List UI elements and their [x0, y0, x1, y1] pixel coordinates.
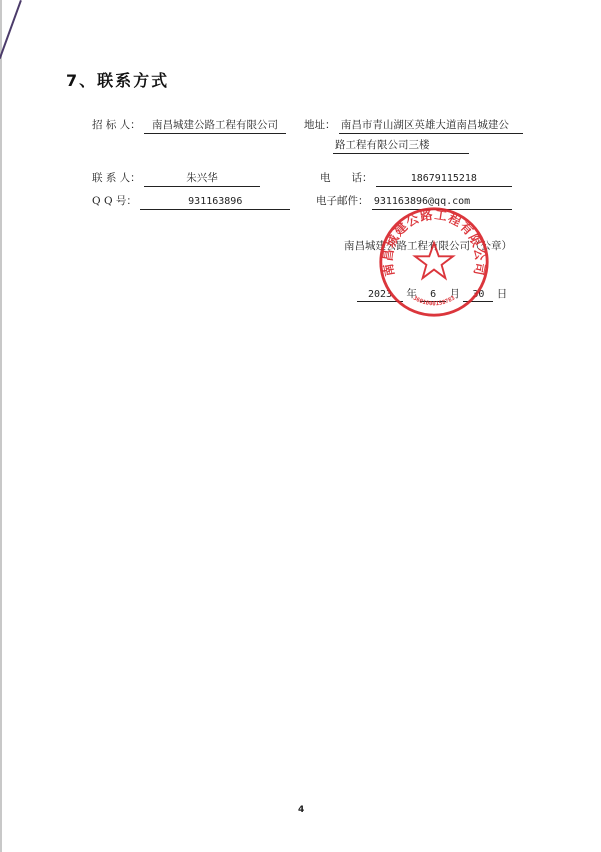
contact-person-row: 联 系 人： 朱兴华	[92, 170, 260, 187]
address-label: 地址：	[304, 117, 336, 132]
tenderer-row: 招 标 人： 南昌城建公路工程有限公司	[92, 117, 286, 134]
phone-label: 电 话：	[320, 170, 373, 185]
phone-row: 电 话： 18679115218	[320, 170, 512, 187]
address-line-2: 路工程有限公司三楼	[333, 139, 469, 154]
address-row: 地址： 南昌市青山湖区英雄大道南昌城建公	[304, 117, 523, 134]
email-label: 电子邮件：	[316, 193, 369, 208]
date-day-unit: 日	[497, 288, 508, 300]
contact-person-value: 朱兴华	[144, 172, 260, 187]
email-row: 电子邮件： 931163896@qq.com	[316, 193, 512, 210]
section-heading: 7、联系方式	[66, 68, 169, 91]
address-line-1: 南昌市青山湖区英雄大道南昌城建公	[339, 119, 523, 134]
tenderer-value: 南昌城建公路工程有限公司	[144, 119, 286, 134]
signing-date: 2023 年 6 月 30 日	[357, 286, 507, 302]
tenderer-label: 招 标 人：	[92, 117, 141, 132]
date-month: 6	[420, 288, 446, 302]
page-number: 4	[298, 805, 304, 815]
qq-row: Q Q 号： 931163896	[92, 193, 290, 210]
address-row-2: 路工程有限公司三楼	[333, 139, 469, 154]
phone-value: 18679115218	[376, 172, 512, 187]
date-year-unit: 年	[406, 288, 417, 300]
date-month-unit: 月	[450, 288, 461, 300]
qq-label: Q Q 号：	[92, 193, 137, 208]
date-day: 30	[463, 288, 493, 302]
company-seal-line: 南昌城建公路工程有限公司（公章）	[344, 238, 512, 253]
date-year: 2023	[357, 288, 403, 302]
page-left-edge	[0, 0, 2, 852]
contact-person-label: 联 系 人：	[92, 170, 141, 185]
email-value: 931163896@qq.com	[372, 195, 512, 210]
scan-corner-mark	[0, 0, 21, 59]
qq-value: 931163896	[140, 195, 290, 210]
